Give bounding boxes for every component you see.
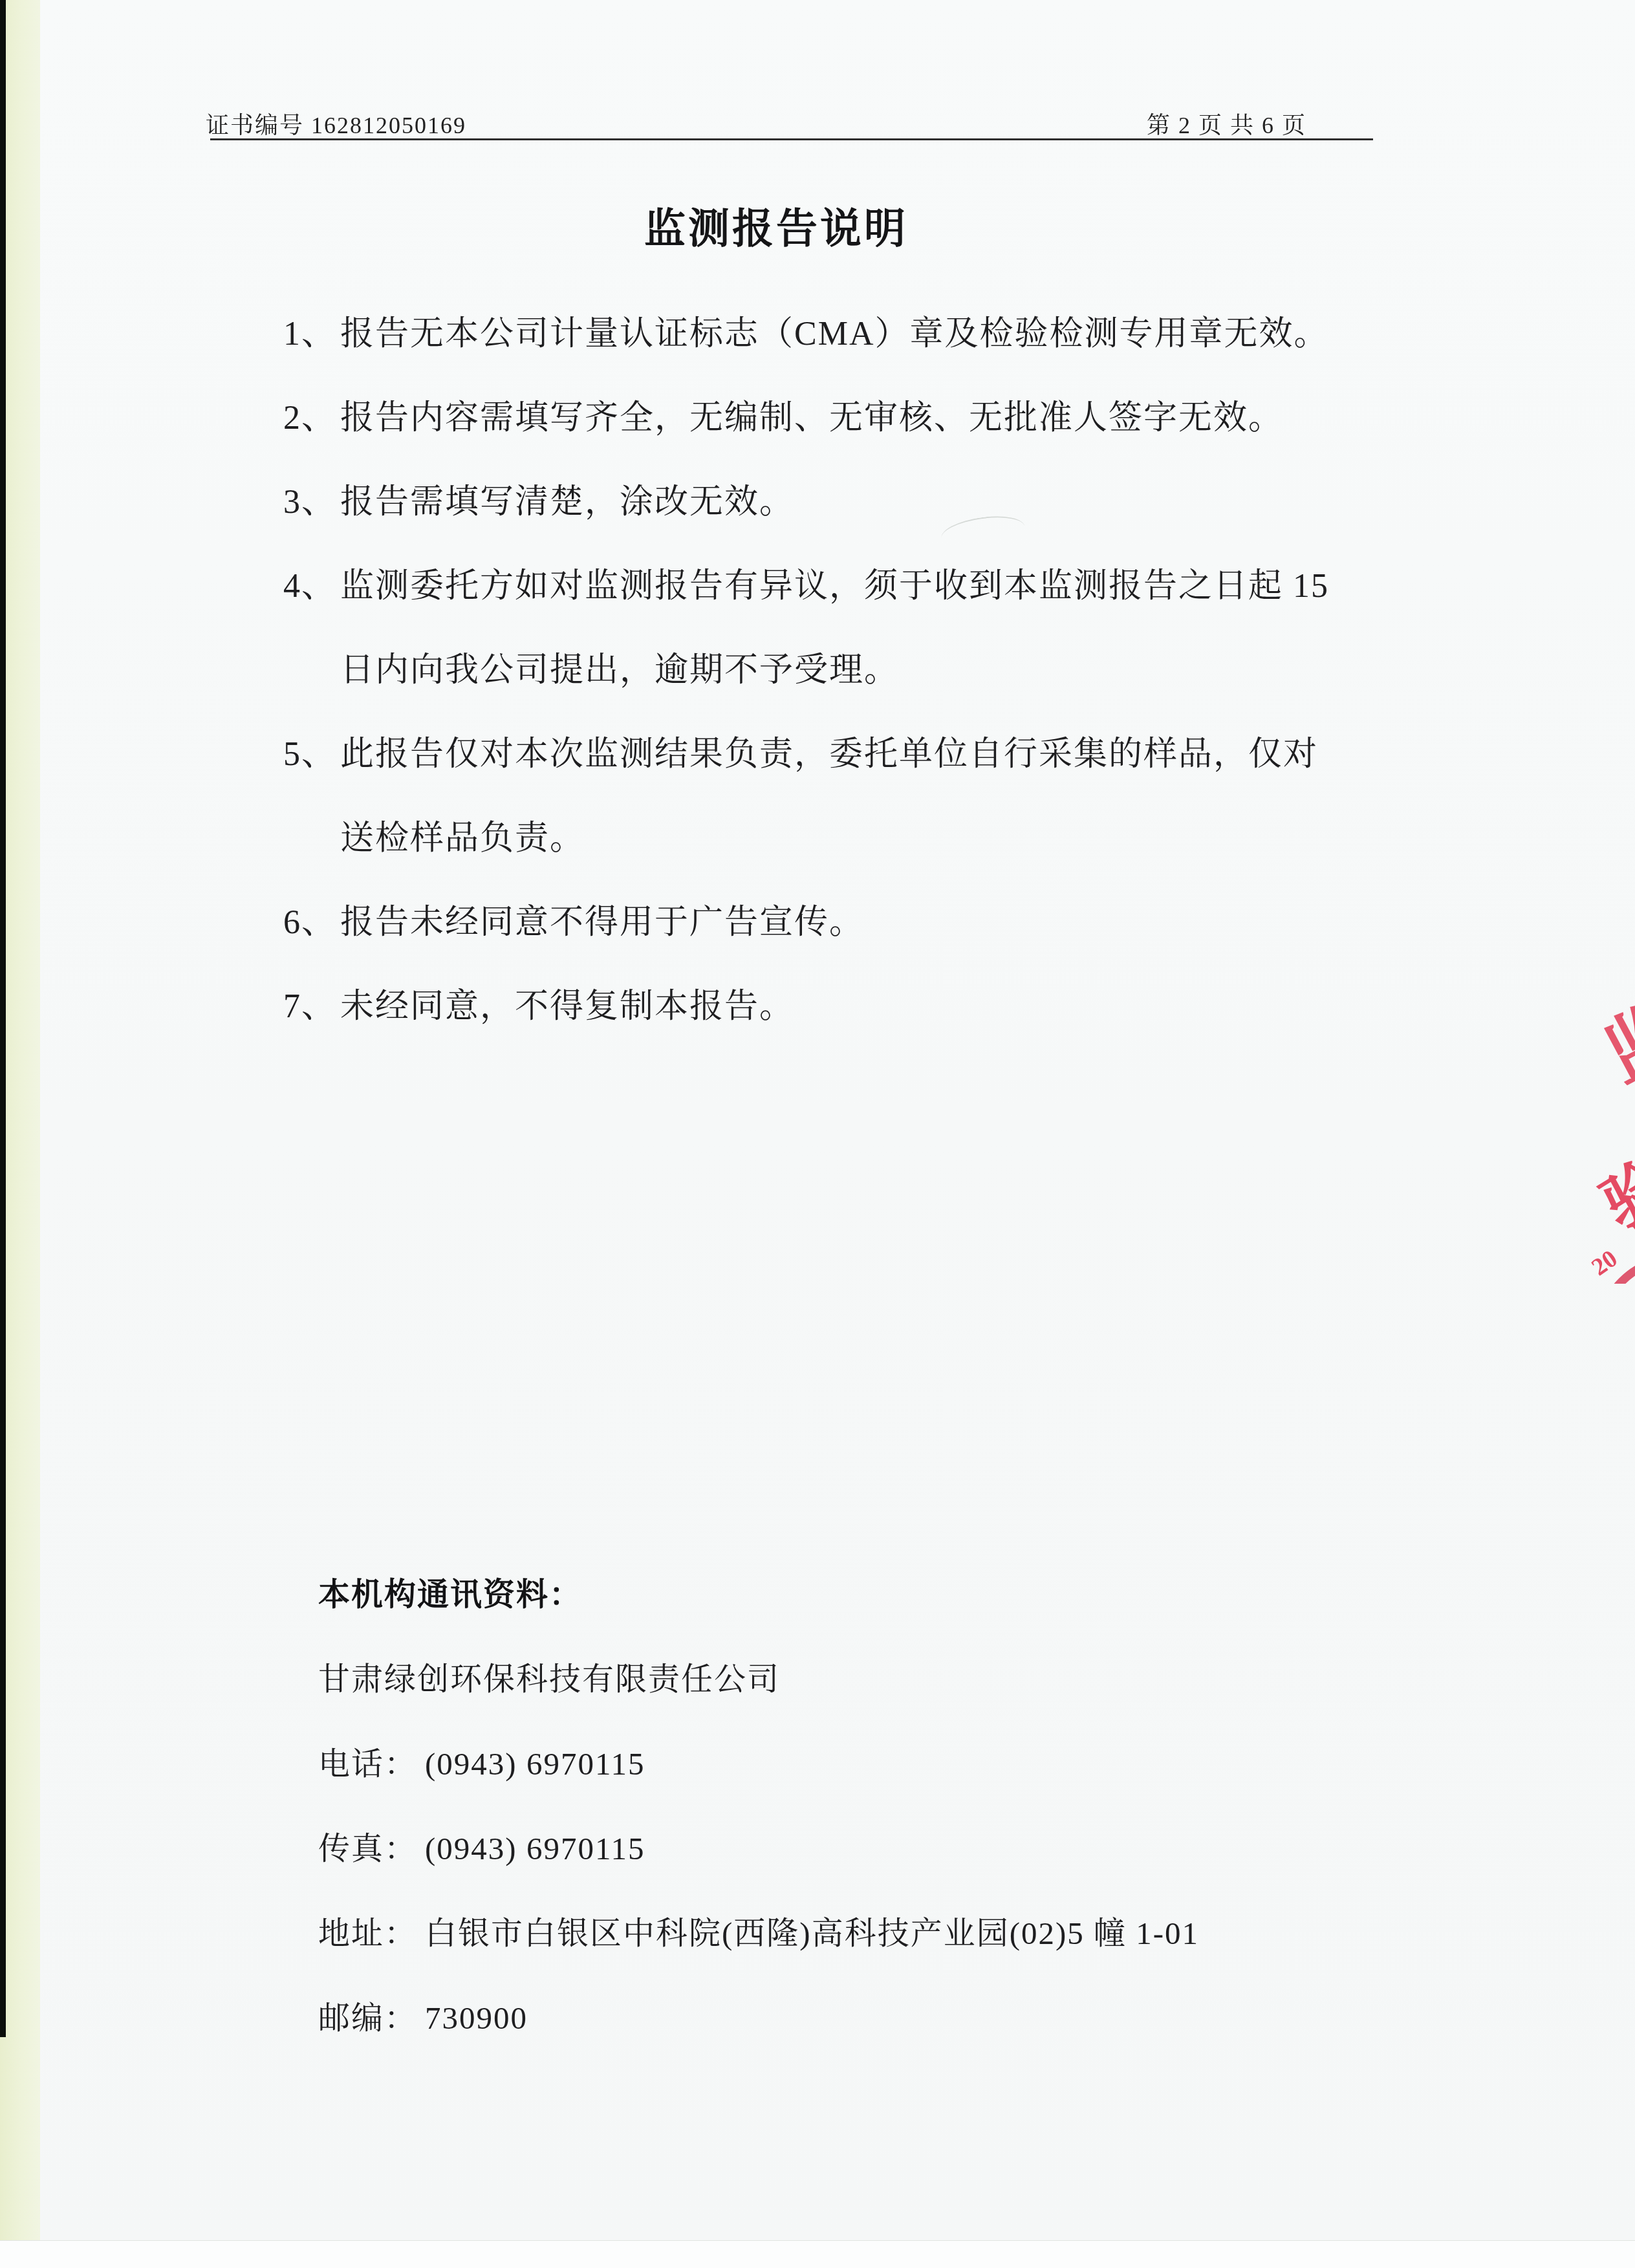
contact-fax-label: 传真： [318, 1831, 417, 1866]
contact-block: 本机构通讯资料： 甘肃绿创环保科技有限责任公司 电话：(0943) 697011… [318, 1552, 1199, 2060]
scan-edge-green-strip [0, 0, 40, 2241]
notice-item-5: 5、 此报告仅对本次监测结果负责，委托单位自行采集的样品，仅对 送检样品负责。 [283, 713, 1396, 881]
notice-item-text: 送检样品负责。 [340, 797, 1396, 881]
notice-item-number: 2、 [283, 376, 340, 460]
page-header: 证书编号 162812050169 第 2 页 共 6 页 [206, 107, 1306, 140]
stamp-glyph: 监 [1595, 995, 1635, 1102]
scanned-report-page: { "header": { "certificate_label": "证书编号… [0, 0, 1635, 2268]
notice-item-number: 6、 [283, 881, 340, 965]
contact-address-label: 地址： [318, 1916, 417, 1951]
contact-fax-value: (0943) 6970115 [425, 1831, 645, 1866]
contact-postcode-row: 邮编：730900 [318, 1976, 1199, 2060]
stamp-glyph: 验 [1591, 1158, 1635, 1247]
notice-item-text: 日内向我公司提出，逾期不予受理。 [340, 629, 1396, 713]
notice-item-3: 3、 报告需填写清楚，涂改无效。 [283, 460, 1396, 545]
scan-edge-black-strip [0, 0, 6, 2037]
notice-item-text: 报告内容需填写齐全，无编制、无审核、无批准人签字无效。 [340, 376, 1396, 460]
notice-item-text: 监测委托方如对监测报告有异议，须于收到本监测报告之日起 15 [340, 545, 1396, 629]
notice-item-6: 6、 报告未经同意不得用于广告宣传。 [283, 881, 1396, 965]
notice-item-number: 4、 [283, 545, 340, 629]
notice-list: 1、 报告无本公司计量认证标志（CMA）章及检验检测专用章无效。 2、 报告内容… [283, 292, 1396, 1049]
contact-heading: 本机构通讯资料： [318, 1552, 1199, 1637]
contact-phone-row: 电话：(0943) 6970115 [318, 1722, 1199, 1806]
notice-item-2: 2、 报告内容需填写齐全，无编制、无审核、无批准人签字无效。 [283, 376, 1396, 460]
certificate-number: 证书编号 162812050169 [206, 107, 466, 140]
contact-phone-label: 电话： [318, 1746, 417, 1782]
contact-postcode-label: 邮编： [318, 2000, 417, 2036]
notice-item-number: 3、 [283, 460, 340, 545]
page-indicator: 第 2 页 共 6 页 [1147, 107, 1306, 140]
header-rule [210, 138, 1373, 140]
contact-fax-row: 传真：(0943) 6970115 [318, 1806, 1199, 1891]
notice-item-text: 报告需填写清楚，涂改无效。 [340, 460, 1396, 545]
notice-item-text: 报告无本公司计量认证标志（CMA）章及检验检测专用章无效。 [340, 292, 1396, 376]
contact-phone-value: (0943) 6970115 [425, 1746, 645, 1782]
notice-item-number: 7、 [283, 965, 340, 1049]
red-stamp-fragment-top: 监 [1595, 995, 1635, 1108]
contact-address-row: 地址：白银市白银区中科院(西隆)高科技产业园(02)5 幢 1-01 [318, 1891, 1199, 1976]
contact-address-value: 白银市白银区中科院(西隆)高科技产业园(02)5 幢 1-01 [425, 1916, 1199, 1951]
notice-item-text: 未经同意，不得复制本报告。 [340, 965, 1396, 1049]
red-stamp-fragment-bottom: 验 20 [1591, 1158, 1635, 1284]
notice-item-text: 此报告仅对本次监测结果负责，委托单位自行采集的样品，仅对 [340, 713, 1396, 797]
notice-item-1: 1、 报告无本公司计量认证标志（CMA）章及检验检测专用章无效。 [283, 292, 1396, 376]
notice-item-4: 4、 监测委托方如对监测报告有异议，须于收到本监测报告之日起 15 日内向我公司… [283, 545, 1396, 713]
notice-item-number: 5、 [283, 713, 340, 797]
contact-postcode-value: 730900 [425, 2000, 528, 2036]
scan-bottom-edge [0, 2241, 1635, 2268]
contact-company: 甘肃绿创环保科技有限责任公司 [318, 1637, 1199, 1722]
notice-item-number: 1、 [283, 292, 340, 376]
page-title: 监测报告说明 [230, 195, 1323, 255]
notice-item-text: 报告未经同意不得用于广告宣传。 [340, 881, 1396, 965]
notice-item-7: 7、 未经同意，不得复制本报告。 [283, 965, 1396, 1049]
